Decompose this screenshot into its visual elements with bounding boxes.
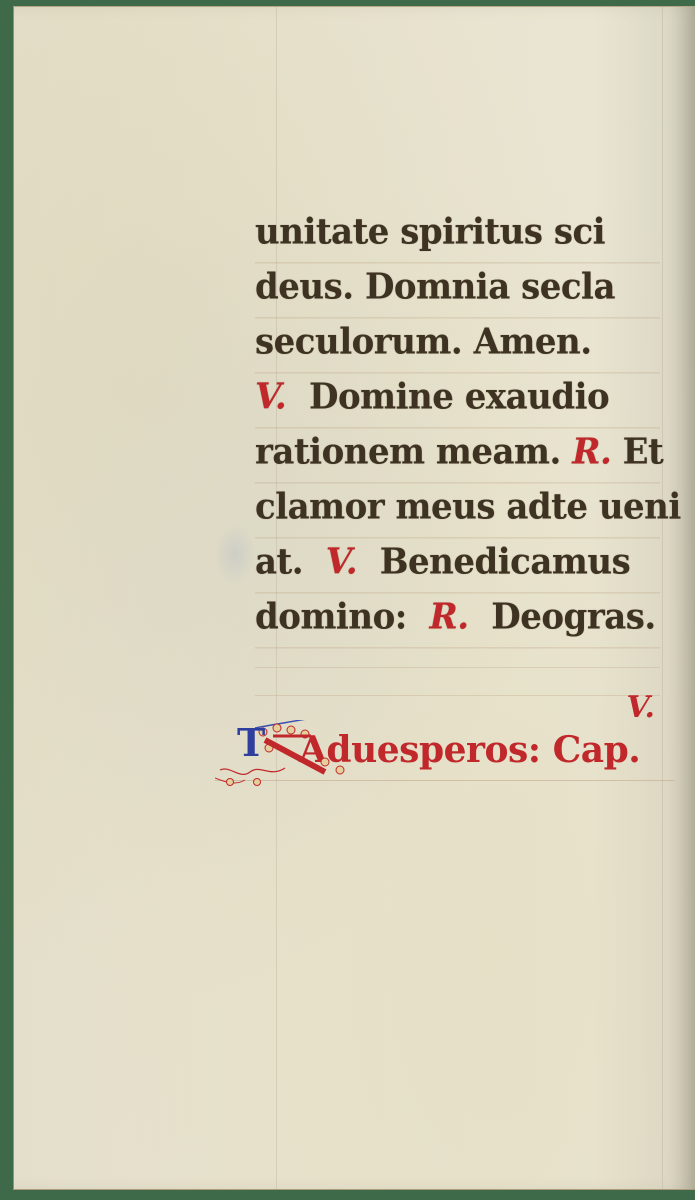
ink-text: domino:	[255, 591, 418, 644]
ink-text: at.	[255, 536, 314, 589]
ink-text: Et	[623, 426, 664, 479]
main-text-block: unitate spiritus sci deus. Domnia secla …	[255, 207, 660, 647]
blue-initial-letter: T	[237, 720, 265, 765]
text-line-2: deus. Domnia secla	[255, 261, 660, 319]
text-line-1: unitate spiritus sci	[255, 206, 660, 264]
ink-text: Domine exaudio	[298, 371, 610, 424]
response-mark: R.	[429, 591, 468, 644]
decorated-initial: T	[215, 720, 307, 780]
versicle-mark: V.	[255, 371, 286, 424]
ink-text: seculorum. Amen.	[255, 316, 592, 369]
penwork-flourish-icon	[215, 720, 355, 790]
text-line-3: seculorum. Amen.	[255, 316, 660, 374]
heading-line: T Aduesperos: Cap.	[215, 720, 675, 781]
response-mark: R.	[572, 426, 611, 479]
text-line-7: at. V. Benedicamus	[255, 536, 660, 594]
ink-text: rationem meam.	[255, 426, 561, 479]
ink-text: deus. Domnia secla	[255, 261, 615, 314]
ruling-line-right	[662, 7, 663, 1189]
ruled-line	[255, 640, 660, 668]
versicle-mark: V.	[326, 536, 357, 589]
ink-text: Benedicamus	[368, 536, 630, 589]
text-line-4: V. Domine exaudio	[255, 371, 660, 429]
ink-text: unitate spiritus sci	[255, 206, 605, 259]
ink-text: clamor meus adte ueni	[255, 481, 681, 534]
rubric-heading: V. T Aduesperos: Cap.	[215, 690, 675, 790]
text-line-6: clamor meus adte ueni	[255, 481, 660, 539]
show-through-stain	[215, 525, 255, 585]
text-line-5: rationem meam. R. Et	[255, 426, 660, 484]
ink-text: Deogras.	[480, 591, 656, 644]
